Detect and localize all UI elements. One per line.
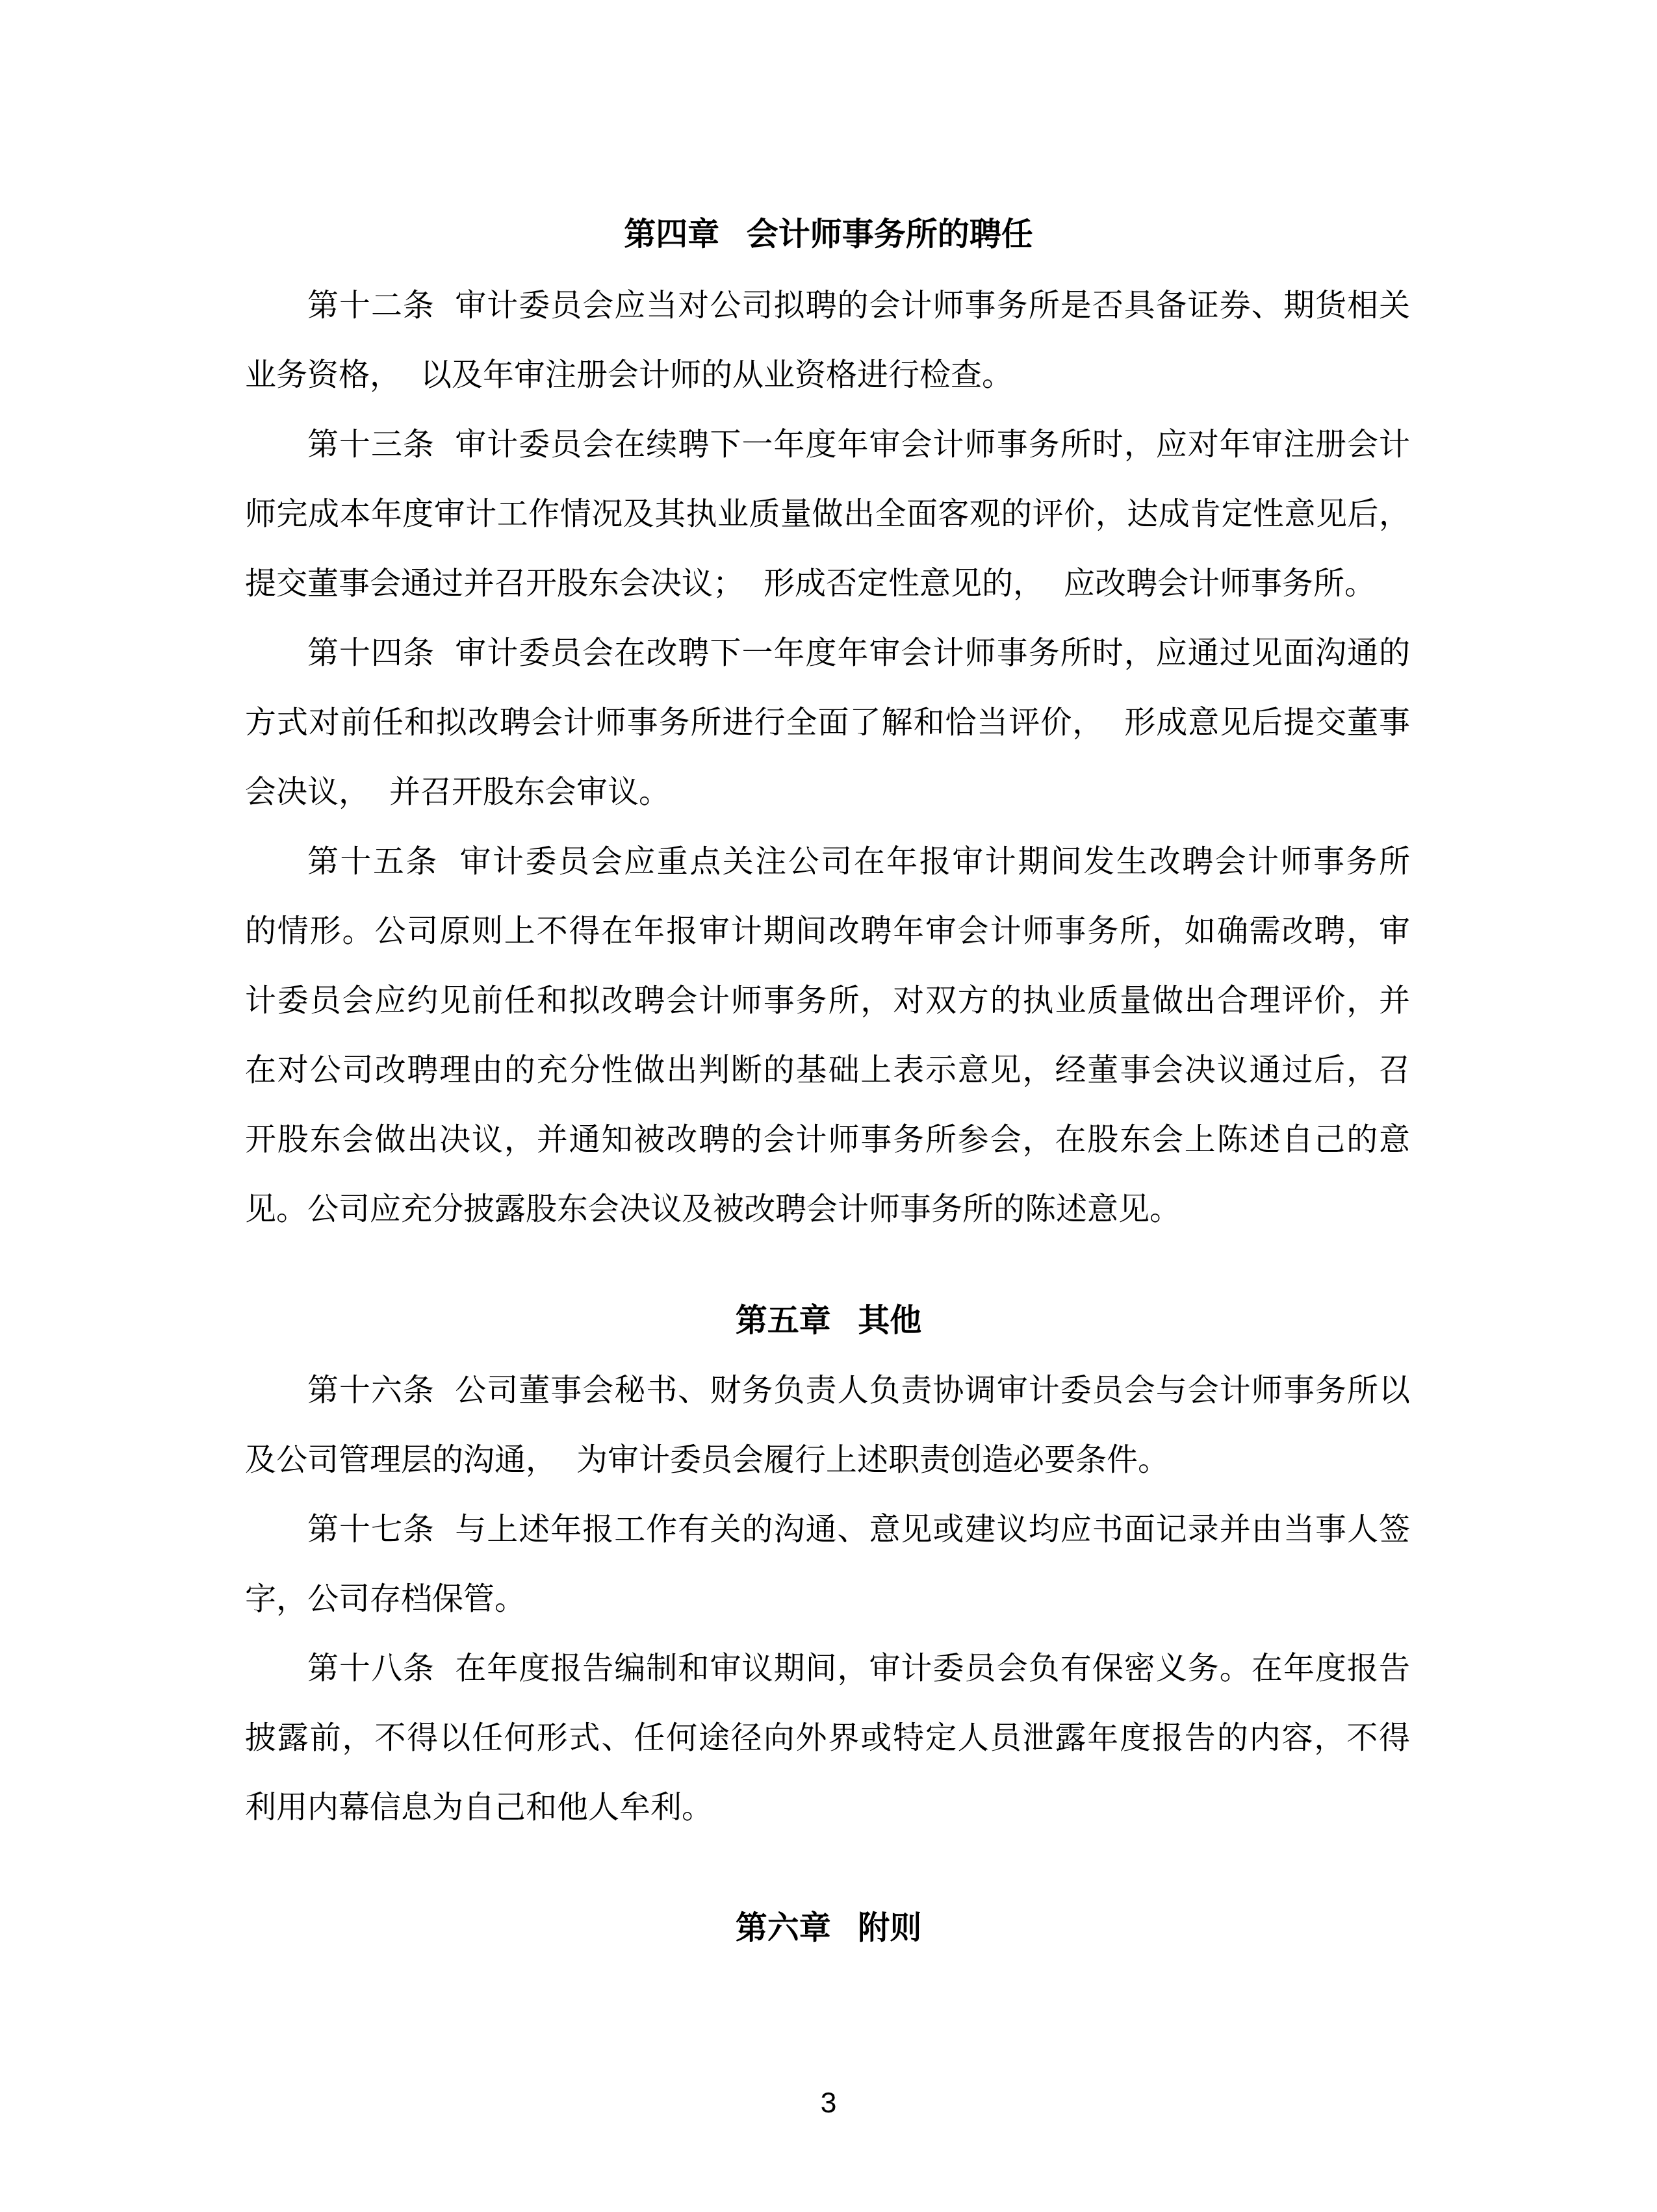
article-16-line-2: 及公司管理层的沟通， 为审计委员会履行上述职责创造必要条件。 (245, 1425, 1410, 1495)
chapter-4-heading: 第四章 会计师事务所的聘任 (0, 200, 1657, 270)
article-17-line-2: 字，公司存档保管。 (245, 1564, 1410, 1634)
article-13-line-2: 师完成本年度审计工作情况及其执业质量做出全面客观的评价，达成肯定性意见后， (245, 479, 1410, 549)
article-16-line-1: 第十六条 公司董事会秘书、财务负责人负责协调审计委员会与会计师事务所以 (245, 1356, 1410, 1425)
article-18-line-1: 第十八条 在年度报告编制和审议期间，审计委员会负有保密义务。在年度报告 (245, 1634, 1410, 1703)
article-15-line-1: 第十五条 审计委员会应重点关注公司在年报审计期间发生改聘会计师事务所 (245, 827, 1410, 896)
article-14-line-3: 会决议， 并召开股东会审议。 (245, 757, 1410, 827)
article-12-line-1: 第十二条 审计委员会应当对公司拟聘的会计师事务所是否具备证券、期货相关 (245, 271, 1410, 340)
article-13-line-3: 提交董事会通过并召开股东会决议； 形成否定性意见的， 应改聘会计师事务所。 (245, 549, 1410, 618)
page-number: 3 (0, 2068, 1657, 2137)
chapter-5-heading: 第五章 其他 (0, 1286, 1657, 1356)
article-15-line-5: 开股东会做出决议，并通知被改聘的会计师事务所参会，在股东会上陈述自己的意 (245, 1105, 1410, 1175)
article-18-line-3: 利用内幕信息为自己和他人牟利。 (245, 1773, 1410, 1842)
article-18-line-2: 披露前，不得以任何形式、任何途径向外界或特定人员泄露年度报告的内容，不得 (245, 1703, 1410, 1773)
article-14-line-1: 第十四条 审计委员会在改聘下一年度年审会计师事务所时，应通过见面沟通的 (245, 618, 1410, 688)
article-17-line-1: 第十七条 与上述年报工作有关的沟通、意见或建议均应书面记录并由当事人签 (245, 1495, 1410, 1564)
document-page: 第四章 会计师事务所的聘任 第十二条 审计委员会应当对公司拟聘的会计师事务所是否… (0, 0, 1657, 2212)
article-15-line-4: 在对公司改聘理由的充分性做出判断的基础上表示意见，经董事会决议通过后，召 (245, 1036, 1410, 1105)
chapter-6-heading: 第六章 附则 (0, 1894, 1657, 1963)
article-13-line-1: 第十三条 审计委员会在续聘下一年度年审会计师事务所时，应对年审注册会计 (245, 410, 1410, 479)
article-12-line-2: 业务资格， 以及年审注册会计师的从业资格进行检查。 (245, 340, 1410, 410)
article-15-line-2: 的情形。公司原则上不得在年报审计期间改聘年审会计师事务所，如确需改聘，审 (245, 896, 1410, 966)
article-14-line-2: 方式对前任和拟改聘会计师事务所进行全面了解和恰当评价， 形成意见后提交董事 (245, 688, 1410, 757)
article-15-line-3: 计委员会应约见前任和拟改聘会计师事务所，对双方的执业质量做出合理评价，并 (245, 966, 1410, 1036)
article-15-line-6: 见。公司应充分披露股东会决议及被改聘会计师事务所的陈述意见。 (245, 1175, 1410, 1244)
